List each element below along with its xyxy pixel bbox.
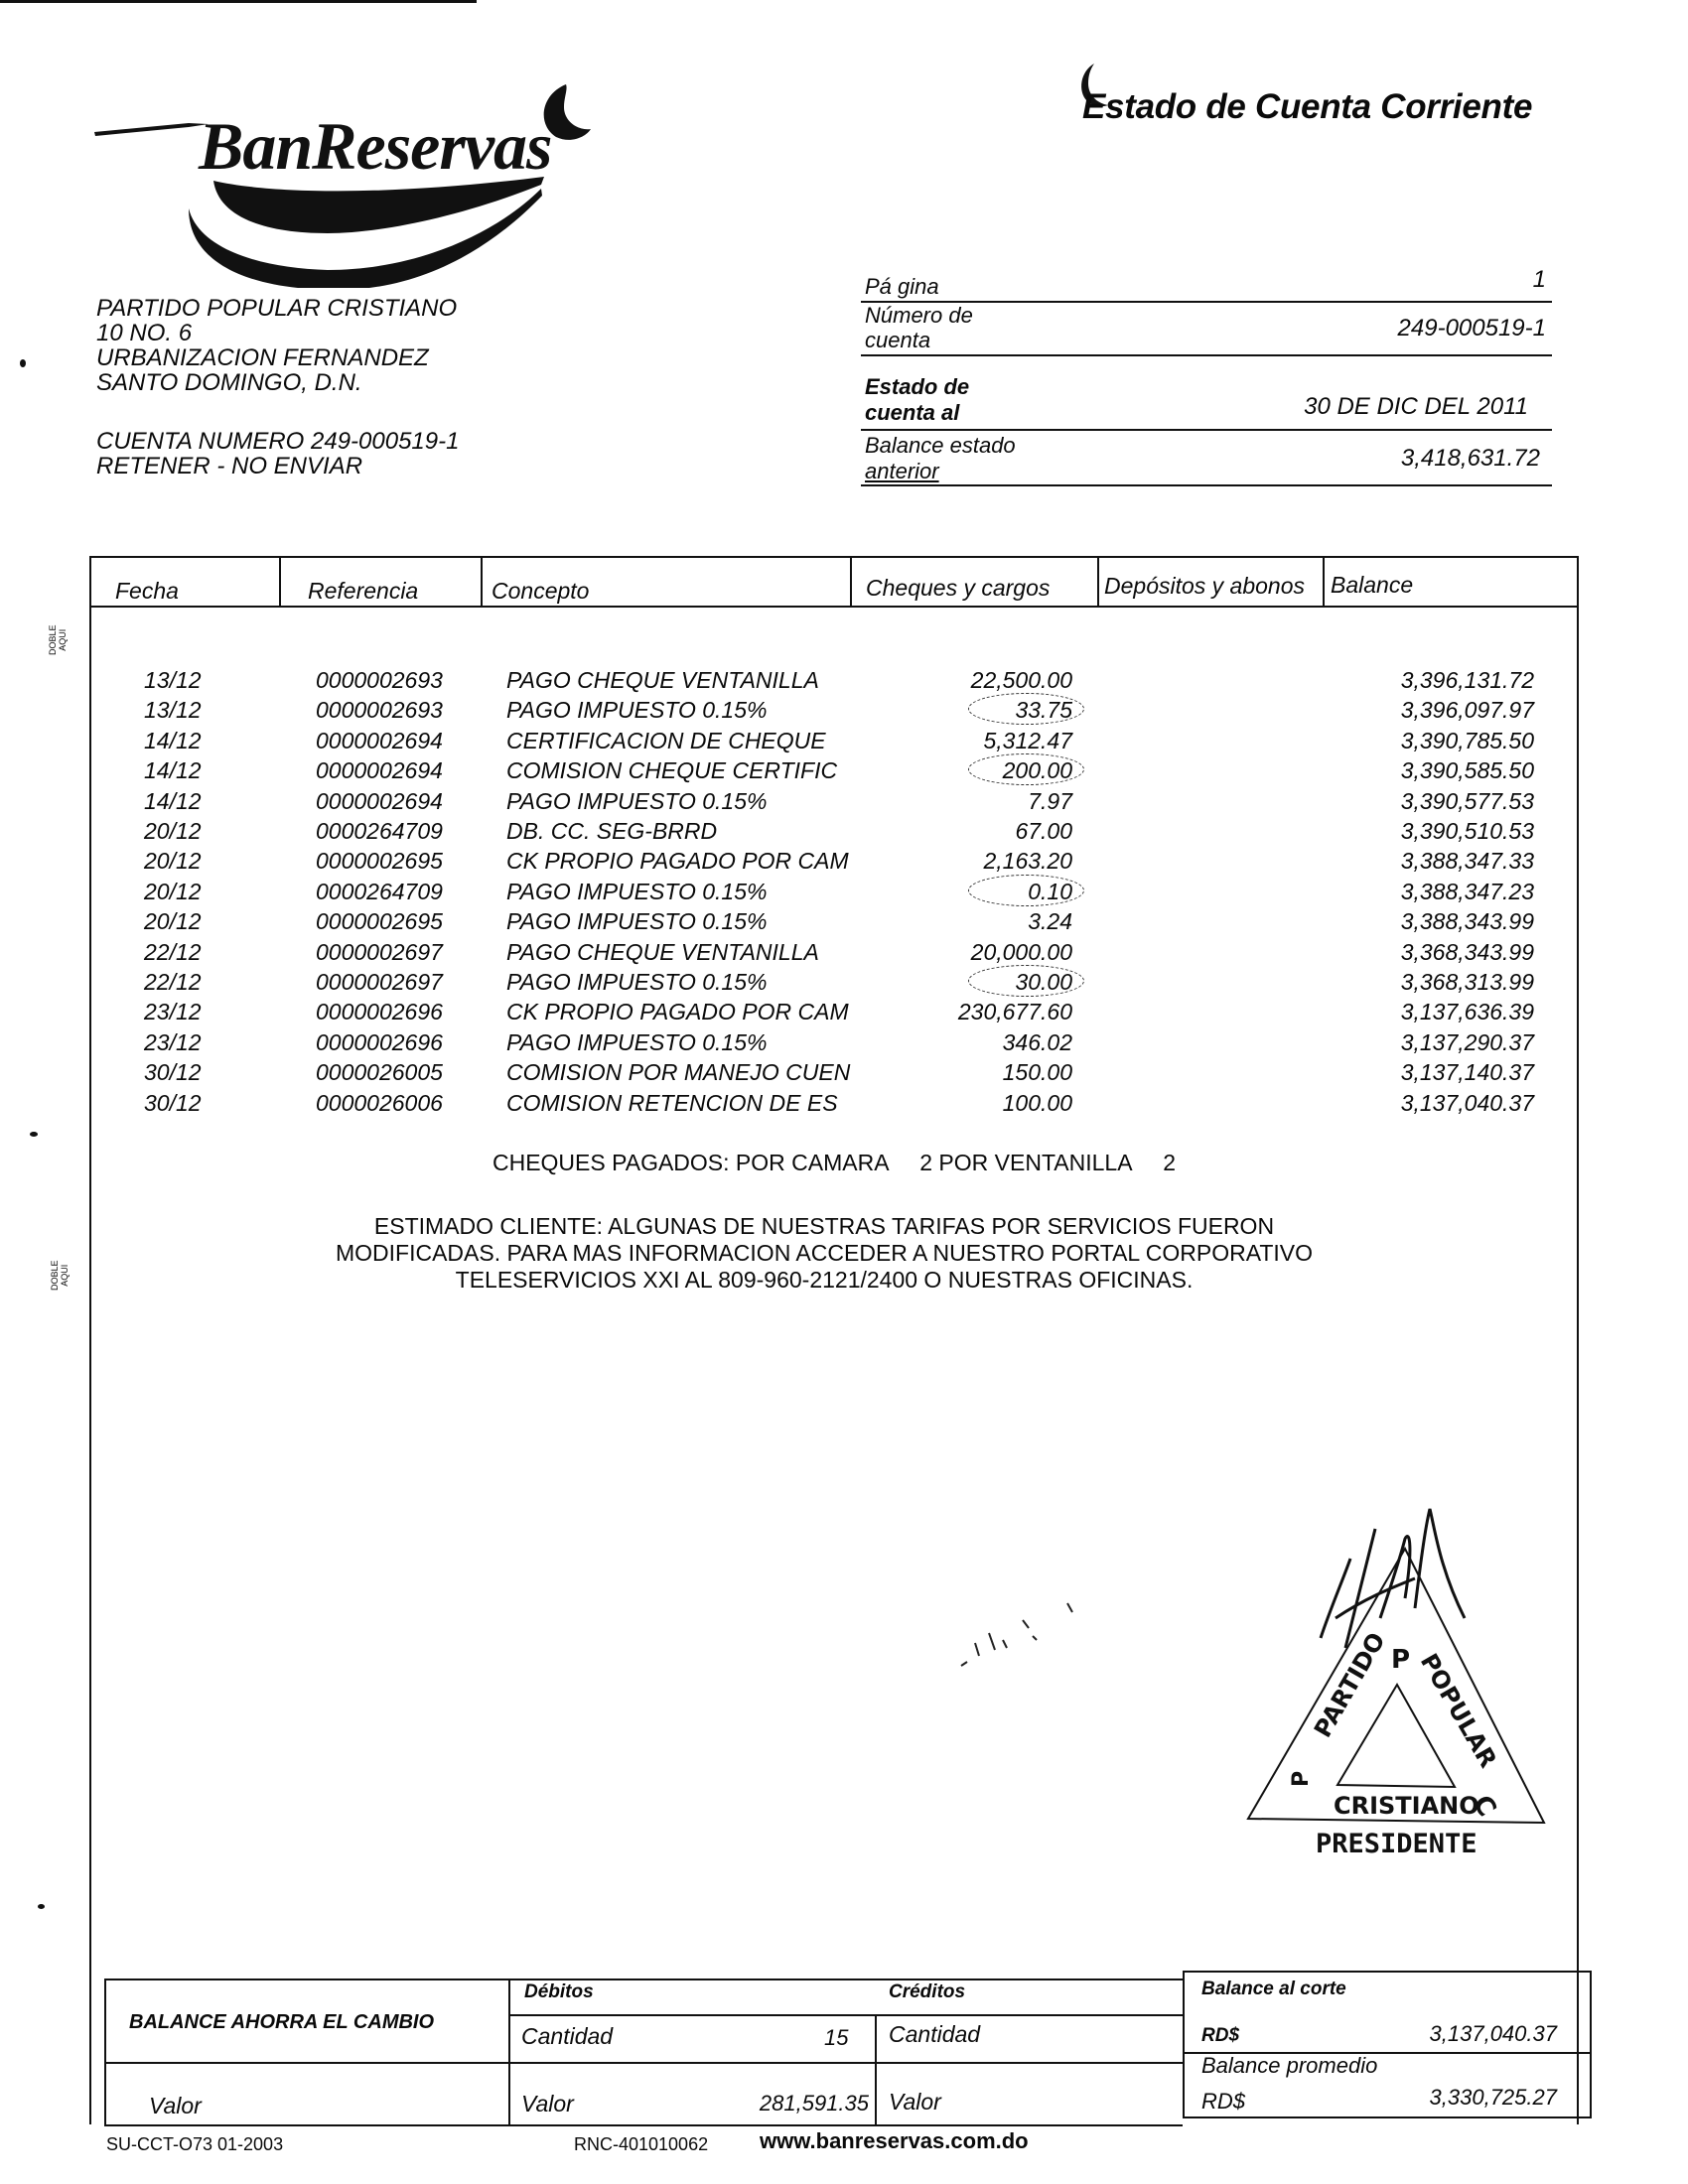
cell-concepto: DB. CC. SEG-BRRD: [506, 818, 717, 845]
page-label: Pá gina: [865, 274, 939, 299]
cell-referencia: 0000002694: [316, 728, 443, 754]
account-row: Número de cuenta 249-000519-1: [861, 303, 1552, 356]
bank-website-link[interactable]: www.banreservas.com.do: [760, 2128, 1029, 2154]
scan-speck: [30, 1132, 38, 1137]
table-row: 14/120000002694PAGO IMPUESTO 0.15%7.973,…: [0, 788, 1688, 818]
col-header-referencia: Referencia: [308, 556, 418, 606]
cell-balance: 3,390,577.53: [1401, 788, 1534, 815]
cell-cargo: 150.00: [1003, 1059, 1072, 1086]
cell-concepto: COMISION RETENCION DE ES: [506, 1090, 838, 1117]
cell-concepto: PAGO CHEQUE VENTANILLA: [506, 667, 819, 694]
cell-referencia: 0000002696: [316, 999, 443, 1025]
address-line-2: URBANIZACION FERNANDEZ: [96, 345, 459, 370]
cell-balance: 3,137,140.37: [1401, 1059, 1534, 1086]
cell-balance: 3,390,585.50: [1401, 757, 1534, 784]
cell-cargo: 67.00: [1015, 818, 1072, 845]
cell-balance: 3,390,510.53: [1401, 818, 1534, 845]
cell-referencia: 0000026005: [316, 1059, 443, 1086]
cell-referencia: 0000026006: [316, 1090, 443, 1117]
table-row: 22/120000002697PAGO CHEQUE VENTANILLA20,…: [0, 939, 1688, 969]
transactions-header: Fecha Referencia Concepto Cheques y carg…: [89, 556, 1579, 608]
cell-concepto: CK PROPIO PAGADO POR CAM: [506, 848, 849, 875]
notice-line-1: ESTIMADO CLIENTE: ALGUNAS DE NUESTRAS TA…: [0, 1213, 1668, 1240]
cell-balance: 3,390,785.50: [1401, 728, 1534, 754]
table-row: 20/120000264709PAGO IMPUESTO 0.15%0.103,…: [0, 879, 1688, 908]
cell-fecha: 22/12: [144, 939, 202, 966]
cell-balance: 3,396,131.72: [1401, 667, 1534, 694]
cell-referencia: 0000264709: [316, 818, 443, 845]
cell-fecha: 30/12: [144, 1059, 202, 1086]
table-row: 13/120000002693PAGO CHEQUE VENTANILLA22,…: [0, 667, 1688, 697]
cell-balance: 3,137,040.37: [1401, 1090, 1534, 1117]
handwritten-scribble-icon: [953, 1598, 1092, 1678]
cell-fecha: 30/12: [144, 1090, 202, 1117]
cell-cargo: 230,677.60: [958, 999, 1072, 1025]
table-row: 30/120000026005COMISION POR MANEJO CUEN1…: [0, 1059, 1688, 1089]
cell-fecha: 14/12: [144, 757, 202, 784]
previous-balance-row: Balance estado anterior 3,418,631.72: [861, 431, 1552, 486]
prev-balance-value: 3,418,631.72: [1401, 445, 1540, 473]
cell-concepto: PAGO IMPUESTO 0.15%: [506, 969, 767, 996]
cell-concepto: CK PROPIO PAGADO POR CAM: [506, 999, 849, 1025]
stamp-right-text: POPULAR: [1415, 1649, 1502, 1772]
cell-fecha: 23/12: [144, 1029, 202, 1056]
table-row: 13/120000002693PAGO IMPUESTO 0.15%33.753…: [0, 697, 1688, 727]
cell-referencia: 0000002693: [316, 697, 443, 724]
scan-speck: [20, 359, 26, 367]
cell-fecha: 20/12: [144, 879, 202, 905]
party-stamp-icon: PARTIDO P POPULAR C P CRISTIANO PRESIDEN…: [1216, 1489, 1554, 1866]
col-header-depositos: Depósitos y abonos: [1104, 551, 1305, 601]
scan-artifact-line: [0, 0, 477, 3]
cell-referencia: 0000264709: [316, 879, 443, 905]
prev-balance-label-1: Balance estado: [865, 433, 1016, 458]
scan-speck: [38, 1904, 45, 1909]
address-line-1: 10 NO. 6: [96, 321, 459, 345]
col-header-concepto: Concepto: [492, 556, 589, 606]
col-header-balance: Balance: [1331, 550, 1413, 600]
cell-concepto: PAGO IMPUESTO 0.15%: [506, 879, 767, 905]
cell-fecha: 13/12: [144, 697, 202, 724]
account-number-line: CUENTA NUMERO 249-000519-1: [96, 429, 459, 454]
customer-address-block: PARTIDO POPULAR CRISTIANO 10 NO. 6 URBAN…: [96, 296, 459, 478]
cell-referencia: 0000002694: [316, 788, 443, 815]
col-divider: [1323, 556, 1325, 606]
col-divider: [850, 556, 852, 606]
bank-rnc: RNC-401010062: [574, 2134, 708, 2155]
cell-cargo: 2,163.20: [983, 848, 1072, 875]
cell-cargo: 3.24: [1028, 908, 1072, 935]
cell-fecha: 13/12: [144, 667, 202, 694]
cell-referencia: 0000002695: [316, 848, 443, 875]
statement-label-2: cuenta al: [865, 400, 959, 425]
stamp-title: PRESIDENTE: [1316, 1829, 1477, 1859]
account-label-1: Número de: [865, 303, 973, 328]
table-row: 30/120000026006COMISION RETENCION DE ES1…: [0, 1090, 1688, 1120]
cell-balance: 3,137,290.37: [1401, 1029, 1534, 1056]
cell-fecha: 14/12: [144, 728, 202, 754]
address-line-3: SANTO DOMINGO, D.N.: [96, 370, 459, 395]
col-divider: [279, 556, 281, 606]
statement-date-value: 30 DE DIC DEL 2011: [1304, 393, 1528, 421]
cell-balance: 3,388,347.23: [1401, 879, 1534, 905]
pen-circle-mark: [968, 753, 1084, 785]
cell-cargo: 346.02: [1003, 1029, 1072, 1056]
cell-fecha: 23/12: [144, 999, 202, 1025]
cell-fecha: 22/12: [144, 969, 202, 996]
cell-concepto: PAGO IMPUESTO 0.15%: [506, 1029, 767, 1056]
cell-balance: 3,137,636.39: [1401, 999, 1534, 1025]
cell-fecha: 14/12: [144, 788, 202, 815]
cell-concepto: PAGO CHEQUE VENTANILLA: [506, 939, 819, 966]
cell-balance: 3,396,097.97: [1401, 697, 1534, 724]
cell-referencia: 0000002697: [316, 939, 443, 966]
fold-label-top: DOBLE AQUI: [48, 624, 68, 655]
table-row: 14/120000002694COMISION CHEQUE CERTIFIC2…: [0, 757, 1688, 787]
table-row: 20/120000264709DB. CC. SEG-BRRD67.003,39…: [0, 818, 1688, 848]
cell-referencia: 0000002693: [316, 667, 443, 694]
col-header-fecha: Fecha: [115, 556, 179, 606]
notice-line-2: MODIFICADAS. PARA MAS INFORMACION ACCEDE…: [0, 1240, 1668, 1267]
cell-concepto: COMISION CHEQUE CERTIFIC: [506, 757, 837, 784]
mail-instruction: RETENER - NO ENVIAR: [96, 454, 459, 478]
cell-cargo: 7.97: [1028, 788, 1072, 815]
cell-referencia: 0000002695: [316, 908, 443, 935]
cell-concepto: CERTIFICACION DE CHEQUE: [506, 728, 826, 754]
statement-label-1: Estado de: [865, 374, 969, 399]
account-value: 249-000519-1: [1398, 315, 1546, 342]
table-row: 14/120000002694CERTIFICACION DE CHEQUE5,…: [0, 728, 1688, 757]
col-divider: [481, 556, 483, 606]
cell-balance: 3,388,343.99: [1401, 908, 1534, 935]
table-row: 23/120000002696CK PROPIO PAGADO POR CAM2…: [0, 999, 1688, 1028]
cell-balance: 3,388,347.33: [1401, 848, 1534, 875]
cell-cargo: 20,000.00: [971, 939, 1072, 966]
statement-date-row: Estado de cuenta al 30 DE DIC DEL 2011: [861, 370, 1552, 431]
cell-cargo: 22,500.00: [971, 667, 1072, 694]
cell-referencia: 0000002697: [316, 969, 443, 996]
pen-circle-mark: [968, 875, 1084, 906]
stamp-bottom-text: CRISTIANO: [1334, 1792, 1479, 1820]
cell-balance: 3,368,343.99: [1401, 939, 1534, 966]
customer-name: PARTIDO POPULAR CRISTIANO: [96, 296, 459, 321]
prev-balance-label-2: anterior: [865, 459, 939, 483]
stamp-top-letter: P: [1391, 1645, 1410, 1675]
cell-referencia: 0000002696: [316, 1029, 443, 1056]
account-label-2: cuenta: [865, 328, 930, 352]
pen-circle-mark: [968, 965, 1084, 997]
table-row: 23/120000002696PAGO IMPUESTO 0.15%346.02…: [0, 1029, 1688, 1059]
col-divider: [1097, 556, 1099, 606]
page-row: Pá gina 1: [861, 266, 1552, 303]
document-title: Estado de Cuenta Corriente: [1082, 87, 1532, 127]
form-code: SU-CCT-O73 01-2003: [106, 2134, 283, 2155]
col-header-cargos: Cheques y cargos: [866, 553, 1050, 603]
bank-logo-text: BanReservas: [199, 107, 551, 186]
cell-concepto: PAGO IMPUESTO 0.15%: [506, 788, 767, 815]
table-row: 20/120000002695CK PROPIO PAGADO POR CAM2…: [0, 848, 1688, 878]
table-row: 20/120000002695PAGO IMPUESTO 0.15%3.243,…: [0, 908, 1688, 938]
cell-balance: 3,368,313.99: [1401, 969, 1534, 996]
cell-fecha: 20/12: [144, 848, 202, 875]
cell-fecha: 20/12: [144, 908, 202, 935]
notice-line-3: TELESERVICIOS XXI AL 809-960-2121/2400 O…: [0, 1267, 1668, 1294]
stamp-left-letter: P: [1289, 1771, 1314, 1787]
cell-cargo: 100.00: [1003, 1090, 1072, 1117]
cell-concepto: PAGO IMPUESTO 0.15%: [506, 908, 767, 935]
cell-referencia: 0000002694: [316, 757, 443, 784]
table-row: 22/120000002697PAGO IMPUESTO 0.15%30.003…: [0, 969, 1688, 999]
cell-concepto: PAGO IMPUESTO 0.15%: [506, 697, 767, 724]
cell-cargo: 5,312.47: [983, 728, 1072, 754]
page-value: 1: [1533, 266, 1546, 294]
cheques-paid-summary: CHEQUES PAGADOS: POR CAMARA 2 POR VENTAN…: [0, 1150, 1678, 1176]
cell-fecha: 20/12: [144, 818, 202, 845]
cell-concepto: COMISION POR MANEJO CUEN: [506, 1059, 850, 1086]
